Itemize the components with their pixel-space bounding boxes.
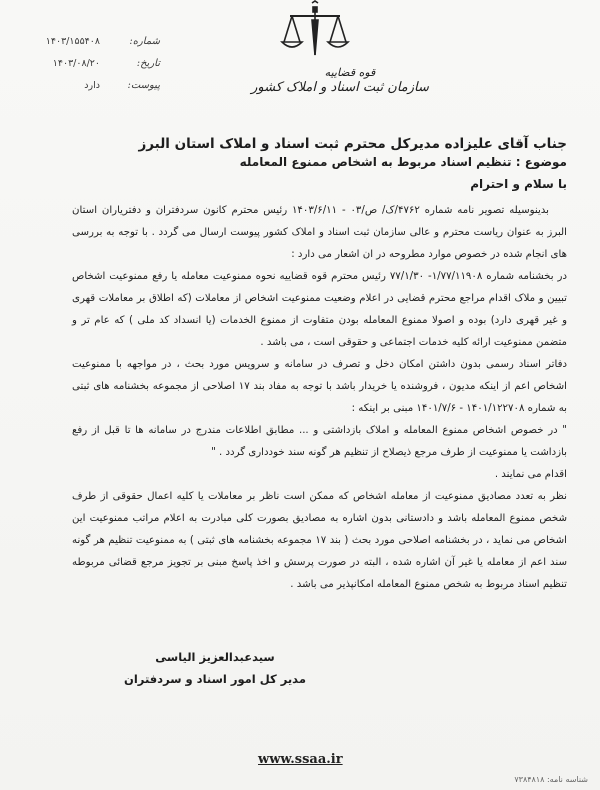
letter-date-row: تاریخ: ۱۴۰۳/۰۸/۲۰ (20, 52, 160, 74)
addressee: جناب آقای علیزاده مدیرکل محترم ثبت اسناد… (139, 136, 567, 152)
paragraph-action: اقدام می نمایند . (72, 464, 567, 486)
letter-meta: شماره: ۱۴۰۳/۱۵۵۴۰۸ تاریخ: ۱۴۰۳/۰۸/۲۰ پیو… (20, 30, 160, 96)
letter-tracking-id: شناسه نامه: ۷۳۸۴۸۱۸ (514, 775, 588, 784)
signer-name: سیدعبدالعزیز الیاسی (120, 646, 310, 668)
paragraph-intro: بدینوسیله تصویر نامه شماره ۴۷۶۲/ک/ ص/۰۳ … (72, 200, 567, 266)
letter-date-value: ۱۴۰۳/۰۸/۲۰ (53, 58, 100, 69)
paragraph-quote: " در خصوص اشخاص ممنوع المعامله و املاک ب… (72, 420, 567, 464)
scales-of-justice-icon (270, 0, 360, 70)
judiciary-label: قوه قضاییه (260, 66, 440, 79)
organization-name: قوه قضاییه سازمان ثبت اسناد و املاک کشور (240, 66, 440, 95)
registration-org-label: سازمان ثبت اسناد و املاک کشور (240, 80, 440, 95)
letter-number-label: شماره: (118, 36, 160, 47)
letter-date-label: تاریخ: (118, 58, 160, 69)
greeting: با سلام و احترام (470, 177, 567, 191)
paragraph-circular: در بخشنامه شماره ۱/۷۷/۱۱۹۰۸- ۷۷/۱/۳۰ رئی… (72, 266, 567, 354)
letter-page: شماره: ۱۴۰۳/۱۵۵۴۰۸ تاریخ: ۱۴۰۳/۰۸/۲۰ پیو… (0, 0, 600, 790)
attachment-value: دارد (84, 80, 100, 91)
subject-line: موضوع : تنظیم اسناد مربوط به اشخاص ممنوع… (240, 155, 567, 169)
letter-number-row: شماره: ۱۴۰۳/۱۵۵۴۰۸ (20, 30, 160, 52)
letter-number-value: ۱۴۰۳/۱۵۵۴۰۸ (46, 36, 100, 47)
attachment-label: پیوست: (118, 80, 160, 91)
paragraph-conclusion: نظر به تعدد مصادیق ممنوعیت از معامله اشخ… (72, 486, 567, 596)
attachment-row: پیوست: دارد (20, 74, 160, 96)
paragraph-offices: دفاتر اسناد رسمی بدون داشتن امکان دخل و … (72, 354, 567, 420)
signer-title: مدیر کل امور اسناد و سردفتران (120, 668, 310, 690)
letter-body: بدینوسیله تصویر نامه شماره ۴۷۶۲/ک/ ص/۰۳ … (72, 200, 567, 596)
website-link[interactable]: www.ssaa.ir (258, 752, 343, 767)
signature-block: سیدعبدالعزیز الیاسی مدیر کل امور اسناد و… (120, 646, 310, 690)
